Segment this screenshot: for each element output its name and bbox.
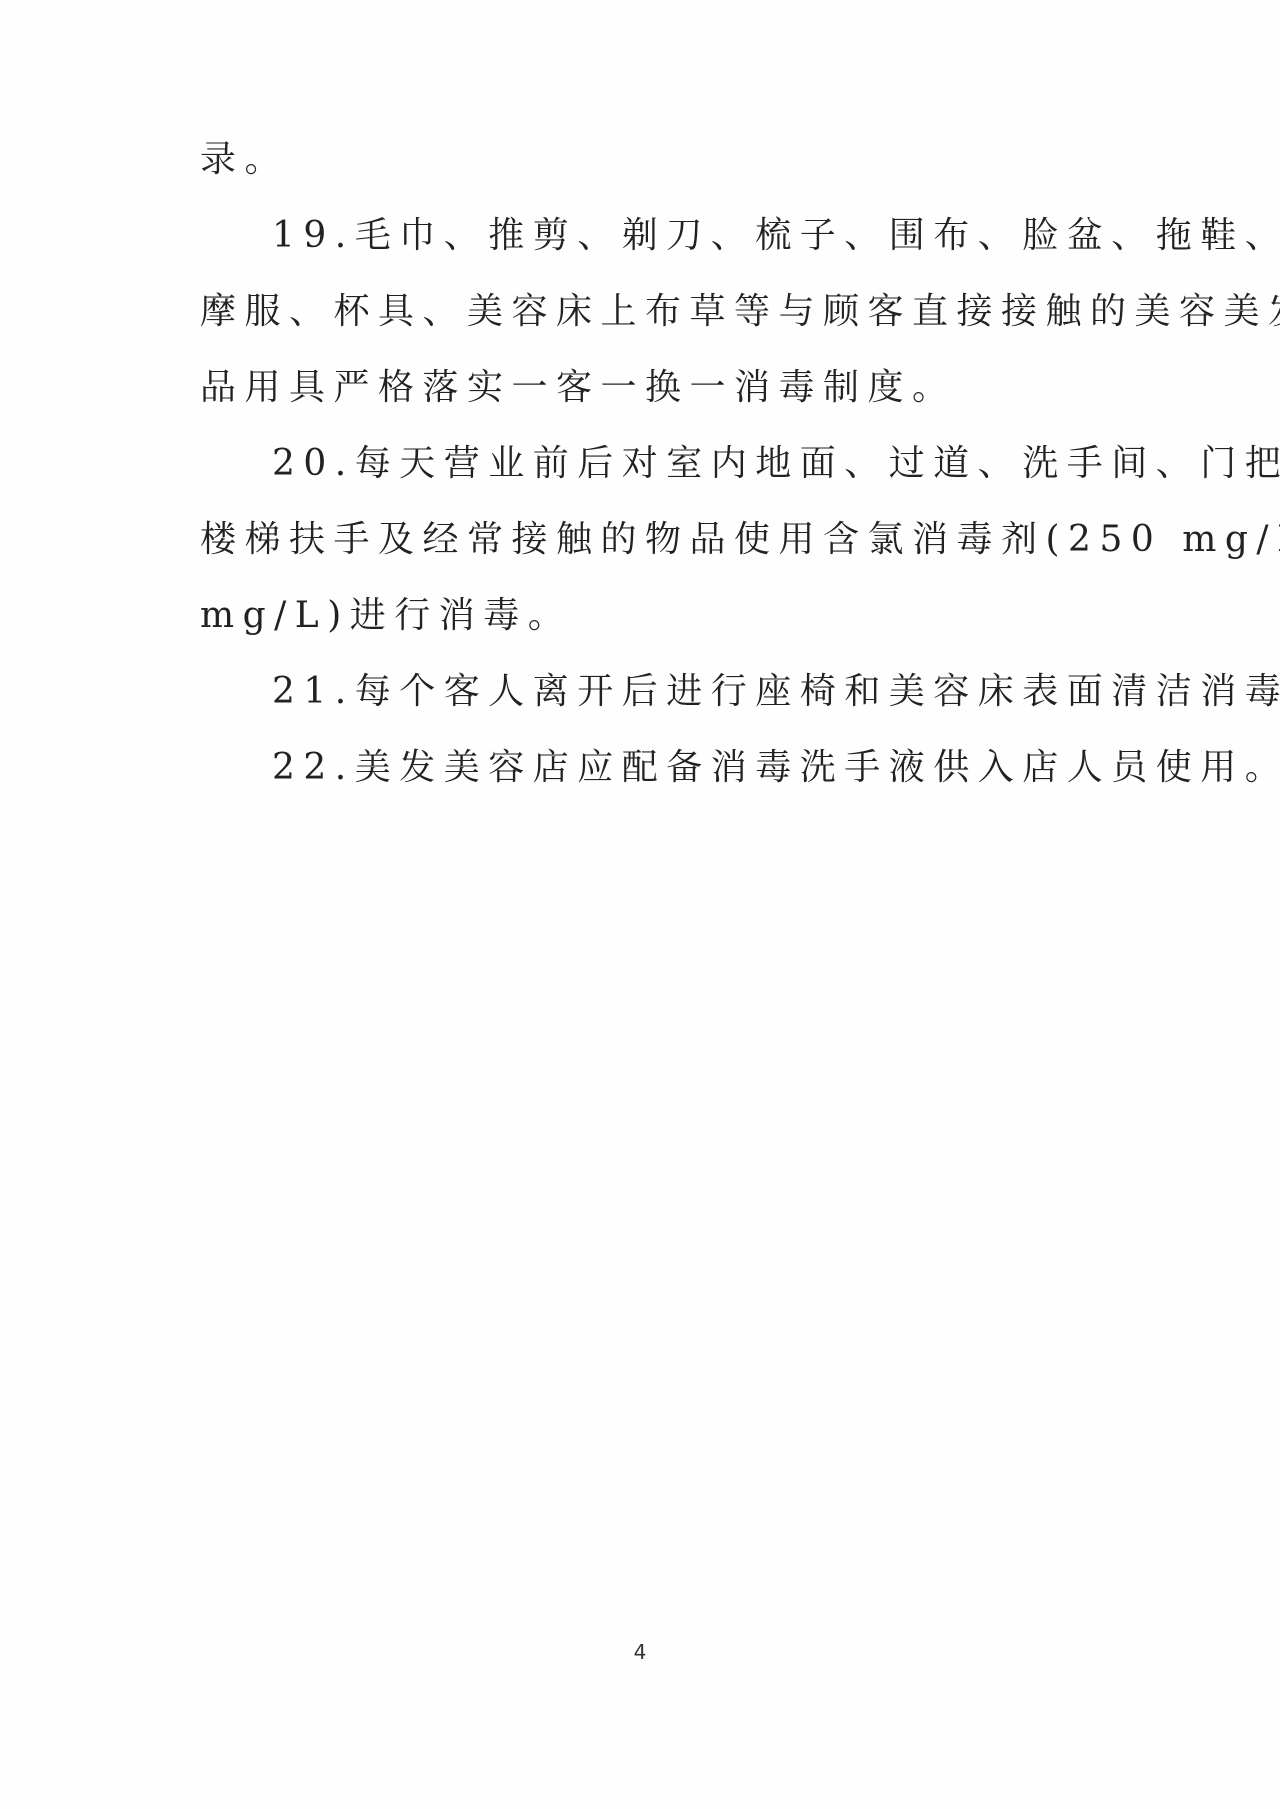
item-19-line-1: 19.毛巾、推剪、剃刀、梳子、围布、脸盆、拖鞋、按 [272,216,1280,256]
item-21-line-1: 21.每个客人离开后进行座椅和美容床表面清洁消毒。 [272,672,1280,712]
item-19-line-2: 摩服、杯具、美容床上布草等与顾客直接接触的美容美发用 [200,292,1280,332]
item-20-line-3: mg/L)进行消毒。 [200,596,572,636]
item-19-line-3: 品用具严格落实一客一换一消毒制度。 [200,368,957,408]
page-number: 4 [0,1640,1280,1664]
paragraph-line-continuation: 录。 [200,140,289,180]
document-page: 录。 19.毛巾、推剪、剃刀、梳子、围布、脸盆、拖鞋、按 摩服、杯具、美容床上布… [0,0,1280,1809]
item-20-line-2: 楼梯扶手及经常接触的物品使用含氯消毒剂(250 mg/L～500 [200,520,1280,560]
item-22-line-1: 22.美发美容店应配备消毒洗手液供入店人员使用。 [272,748,1280,788]
item-20-line-1: 20.每天营业前后对室内地面、过道、洗手间、门把手、 [272,444,1280,484]
